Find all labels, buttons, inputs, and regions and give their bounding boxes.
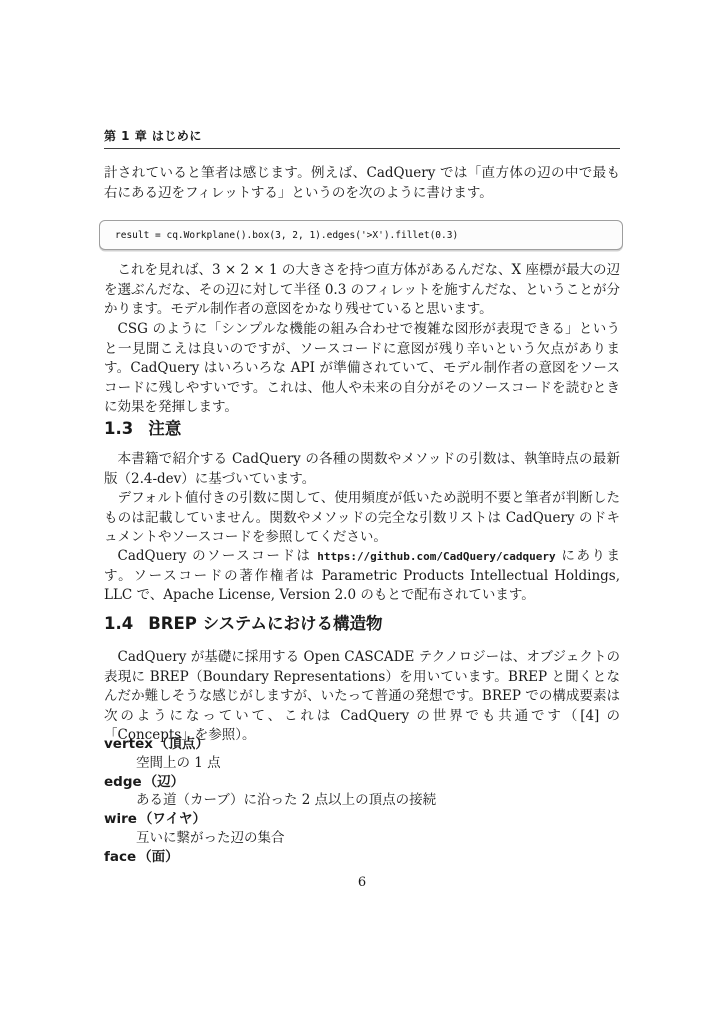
source-text-before-url: CadQuery のソースコードは [118,548,318,564]
definition-description: 空間上の 1 点 [104,754,620,773]
section-heading-1-3: 1.3注意 [104,417,620,441]
code-text: result = cq.Workplane().box(3, 2, 1).edg… [100,230,458,241]
term-japanese: （辺） [144,774,185,790]
definition-item-edge: edge（辺） ある道（カーブ）に沿った 2 点以上の頂点の接続 [104,773,620,811]
document-page: 第 1 章 はじめに 計されていると筆者は感じます。例えば、CadQuery で… [0,0,724,1024]
definition-list: vertex（頂点） 空間上の 1 点 edge（辺） ある道（カーブ）に沿った… [104,735,620,867]
definition-item-wire: wire（ワイヤ） 互いに繋がった辺の集合 [104,810,620,848]
github-url-link[interactable]: https://github.com/CadQuery/cadquery [317,550,555,563]
paragraph-continuation: 計されていると筆者は感じます。例えば、CadQuery では「直方体の辺の中で最… [104,164,620,203]
definition-term: vertex（頂点） [104,735,620,754]
paragraph-source-license: CadQuery のソースコードは https://github.com/Cad… [104,547,620,606]
term-latin: edge [104,774,142,790]
paragraph-brep-intro: CadQuery が基礎に採用する Open CASCADE テクノロジーは、オ… [104,648,620,746]
term-japanese: （ワイヤ） [139,811,206,827]
section-number: 1.3 [104,419,133,438]
section-heading-1-4: 1.4BREP システムにおける構造物 [104,612,620,636]
definition-term: face（面） [104,848,620,867]
definition-term: wire（ワイヤ） [104,810,620,829]
definition-term: edge（辺） [104,773,620,792]
section-title: 注意 [148,419,181,438]
code-block: result = cq.Workplane().box(3, 2, 1).edg… [99,220,623,250]
term-latin: vertex [104,736,153,752]
definition-description: ある道（カーブ）に沿った 2 点以上の頂点の接続 [104,791,620,810]
term-latin: wire [104,811,137,827]
definition-description: 互いに繋がった辺の集合 [104,829,620,848]
term-japanese: （面） [138,849,179,865]
page-number: 6 [0,875,724,890]
term-japanese: （頂点） [155,736,209,752]
paragraph-csg-comparison: CSG のように「シンプルな機能の組み合わせで複雑な図形が表現できる」というと一… [104,320,620,418]
paragraph-version-note: 本書籍で紹介する CadQuery の各種の関数やメソッドの引数は、執筆時点の最… [104,450,620,489]
term-latin: face [104,849,136,865]
running-header: 第 1 章 はじめに [104,127,620,149]
section-title: BREP システムにおける構造物 [148,614,382,633]
definition-item-vertex: vertex（頂点） 空間上の 1 点 [104,735,620,773]
section-number: 1.4 [104,614,133,633]
running-header-text: 第 1 章 はじめに [104,129,202,143]
paragraph-code-explanation: これを見れば、3 × 2 × 1 の大きさを持つ直方体があるんだな、X 座標が最… [104,261,620,320]
definition-item-face: face（面） [104,848,620,867]
paragraph-default-args-note: デフォルト値付きの引数に関して、使用頻度が低いため説明不要と筆者が判断したものは… [104,489,620,548]
